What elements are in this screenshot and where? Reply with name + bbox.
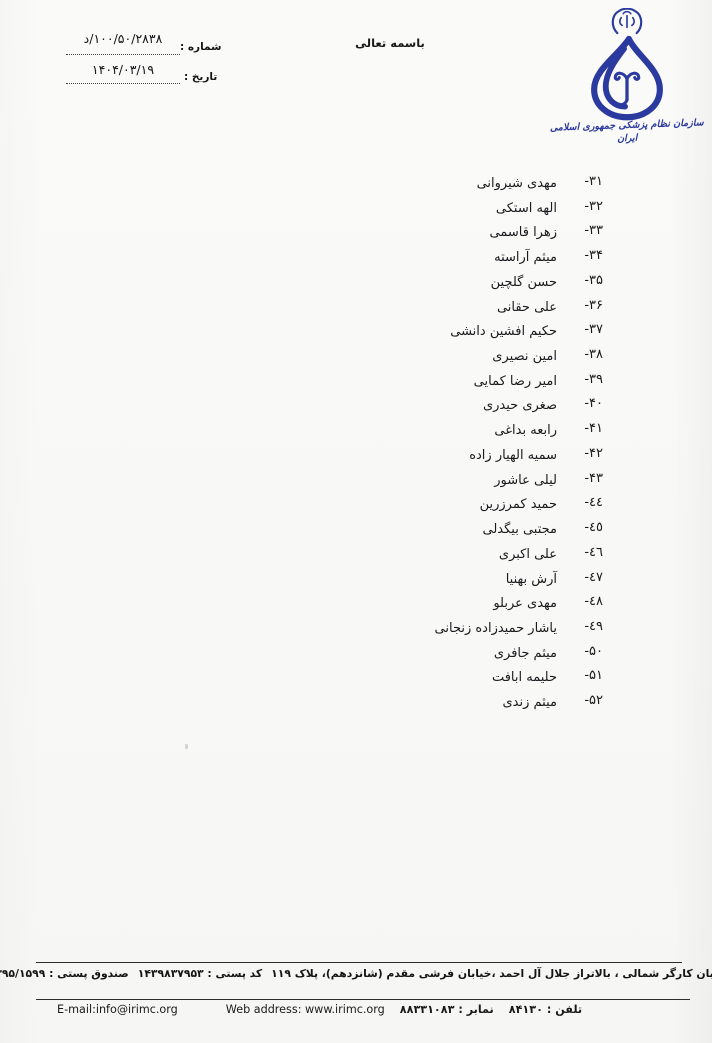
list-item-name: میثم زندی bbox=[503, 695, 558, 710]
footer-contacts-line: E-mail:info@irimc.org Web address: www.i… bbox=[0, 1003, 712, 1016]
list-item-name: حلیمه ابافت bbox=[492, 670, 557, 685]
list-item: ۳۵-حسن گلچین bbox=[0, 269, 603, 294]
list-item-name: صغری حیدری bbox=[483, 398, 557, 413]
list-item-number: ۳۷- bbox=[557, 318, 603, 343]
irimc-logo: سازمان نظام پزشکی جمهوری اسلامی ایران bbox=[547, 8, 707, 146]
email-address: E-mail:info@irimc.org bbox=[57, 1003, 178, 1016]
list-item-number: ۴۰- bbox=[557, 392, 603, 417]
list-item-number: ٤٤- bbox=[557, 491, 603, 516]
list-item: ٤٥-مجتبی بیگدلی bbox=[0, 516, 603, 541]
names-list: ۳۱-مهدی شیروانی۳۲-الهه استکی۳۳-زهرا قاسم… bbox=[0, 170, 712, 714]
fax-label: نمابر : bbox=[458, 1003, 493, 1016]
web-address-label: Web address: bbox=[226, 1003, 302, 1016]
list-item-name: میثم جافری bbox=[494, 646, 557, 661]
letter-number-dotted-line bbox=[66, 54, 180, 55]
list-item: ٤٤-حمید کمرزرین bbox=[0, 491, 603, 516]
list-item: ۳۲-الهه استکی bbox=[0, 195, 603, 220]
list-item-number: ٤٩- bbox=[557, 615, 603, 640]
list-item: ۳۸-امین نصیری bbox=[0, 343, 603, 368]
web-address-value: www.irimc.org bbox=[305, 1003, 385, 1016]
list-item-name: آرش بهنیا bbox=[506, 572, 557, 587]
list-item-name: میثم آراسته bbox=[494, 250, 557, 265]
list-item: ۳۷-حکیم افشین دانشی bbox=[0, 318, 603, 343]
letter-date-dotted-line bbox=[66, 83, 180, 84]
po-box: صندوق پستی : ۱۴۳۹۵/۱۵۹۹ bbox=[0, 967, 129, 980]
po-box-label: صندوق پستی : bbox=[49, 967, 129, 980]
list-item-name: حمید کمرزرین bbox=[480, 497, 557, 512]
list-item-name: امیر رضا کمایی bbox=[474, 374, 557, 389]
list-item-number: ۳۲- bbox=[557, 195, 603, 220]
list-item: ۴۲-سمیه الهیار زاده bbox=[0, 442, 603, 467]
list-item-number: ۵۱- bbox=[557, 664, 603, 689]
po-box-value: ۱۴۳۹۵/۱۵۹۹ bbox=[0, 967, 45, 980]
list-item-number: ۵۲- bbox=[557, 689, 603, 714]
list-item-name: حکیم افشین دانشی bbox=[450, 324, 557, 339]
list-item: ۳۶-علی حقانی bbox=[0, 294, 603, 319]
list-item: ۳۱-مهدی شیروانی bbox=[0, 170, 603, 195]
list-item: ٤٦-علی اکبری bbox=[0, 541, 603, 566]
list-item: ٤٧-آرش بهنیا bbox=[0, 566, 603, 591]
list-item: ۵۱-حلیمه ابافت bbox=[0, 664, 603, 689]
letter-number-value: ۱۰۰/۵۰/۲۸۳۸/د bbox=[66, 31, 180, 46]
letter-page: ۱۰۰/۵۰/۲۸۳۸/د شماره : ۱۴۰۴/۰۳/۱۹ تاریخ :… bbox=[0, 0, 712, 1043]
letter-number-label: شماره : bbox=[180, 41, 221, 53]
letter-date-label: تاریخ : bbox=[184, 71, 217, 83]
medical-council-emblem-icon bbox=[547, 8, 707, 124]
list-item-number: ٤٧- bbox=[557, 566, 603, 591]
postal-code-value: ۱۴۳۹۸۳۷۹۵۳ bbox=[138, 967, 204, 980]
list-item-number: ۴۱- bbox=[557, 417, 603, 442]
list-item: ۵۰-میثم جافری bbox=[0, 640, 603, 665]
list-item: ۴۱-رابعه بداغی bbox=[0, 417, 603, 442]
phone-label: تلفن : bbox=[547, 1003, 582, 1016]
list-item-name: علی اکبری bbox=[499, 547, 557, 562]
list-item-name: سمیه الهیار زاده bbox=[469, 448, 557, 463]
list-item-number: ۳۳- bbox=[557, 219, 603, 244]
list-item-name: امین نصیری bbox=[492, 349, 557, 364]
list-item-number: ۵۰- bbox=[557, 640, 603, 665]
list-item: ۳۹-امیر رضا کمایی bbox=[0, 368, 603, 393]
fax-value: ۸۸۳۳۱۰۸۳ bbox=[400, 1003, 455, 1016]
list-item-number: ٤٥- bbox=[557, 516, 603, 541]
list-item: ۴۳-لیلی عاشور bbox=[0, 467, 603, 492]
web-address: Web address: www.irimc.org bbox=[226, 1003, 385, 1016]
list-item-name: مهدی عربلو bbox=[493, 596, 557, 611]
list-item-name: حسن گلچین bbox=[491, 275, 557, 290]
besmellah-text: باسمه تعالی bbox=[328, 36, 452, 50]
list-item-number: ۳۴- bbox=[557, 244, 603, 269]
organization-name: سازمان نظام پزشکی جمهوری اسلامی ایران bbox=[547, 117, 708, 148]
list-item-name: زهرا قاسمی bbox=[490, 225, 557, 240]
footer-address-line: خیابان کارگر شمالی ، بالاتراز جلال آل اح… bbox=[16, 967, 696, 980]
list-item-number: ۴۲- bbox=[557, 442, 603, 467]
list-item: ۵۲-میثم زندی bbox=[0, 689, 603, 714]
list-item-name: رابعه بداغی bbox=[494, 423, 557, 438]
list-item-number: ۳۹- bbox=[557, 368, 603, 393]
list-item-number: ۳۶- bbox=[557, 294, 603, 319]
footer-top-rule bbox=[36, 962, 682, 963]
list-item-number: ٤٨- bbox=[557, 590, 603, 615]
phone-value: ۸۴۱۳۰ bbox=[509, 1003, 543, 1016]
letter-date-value: ۱۴۰۴/۰۳/۱۹ bbox=[66, 62, 180, 77]
list-item-name: علی حقانی bbox=[497, 300, 557, 315]
address-street: خیابان کارگر شمالی ، بالاتراز جلال آل اح… bbox=[271, 967, 712, 980]
footer-middle-rule bbox=[36, 999, 690, 1000]
list-item-number: ۳۸- bbox=[557, 343, 603, 368]
list-item-number: ۳۵- bbox=[557, 269, 603, 294]
list-item: ۴۰-صغری حیدری bbox=[0, 392, 603, 417]
list-item-name: مهدی شیروانی bbox=[477, 176, 557, 191]
scan-speck bbox=[185, 744, 188, 749]
postal-code: کد پستی : ۱۴۳۹۸۳۷۹۵۳ bbox=[138, 967, 262, 980]
list-item-number: ۴۳- bbox=[557, 467, 603, 492]
list-item: ٤٩-یاشار حمیدزاده زنجانی bbox=[0, 615, 603, 640]
list-item-number: ۳۱- bbox=[557, 170, 603, 195]
list-item-name: یاشار حمیدزاده زنجانی bbox=[435, 621, 557, 636]
list-item-number: ٤٦- bbox=[557, 541, 603, 566]
list-item: ٤٨-مهدی عربلو bbox=[0, 590, 603, 615]
list-item-name: مجتبی بیگدلی bbox=[482, 522, 557, 537]
list-item: ۳۳-زهرا قاسمی bbox=[0, 219, 603, 244]
list-item-name: لیلی عاشور bbox=[494, 473, 557, 488]
list-item-name: الهه استکی bbox=[496, 201, 557, 216]
list-item: ۳۴-میثم آراسته bbox=[0, 244, 603, 269]
fax: نمابر : ۸۸۳۳۱۰۸۳ bbox=[400, 1003, 494, 1016]
postal-code-label: کد پستی : bbox=[207, 967, 262, 980]
phone: تلفن : ۸۴۱۳۰ bbox=[509, 1003, 582, 1016]
